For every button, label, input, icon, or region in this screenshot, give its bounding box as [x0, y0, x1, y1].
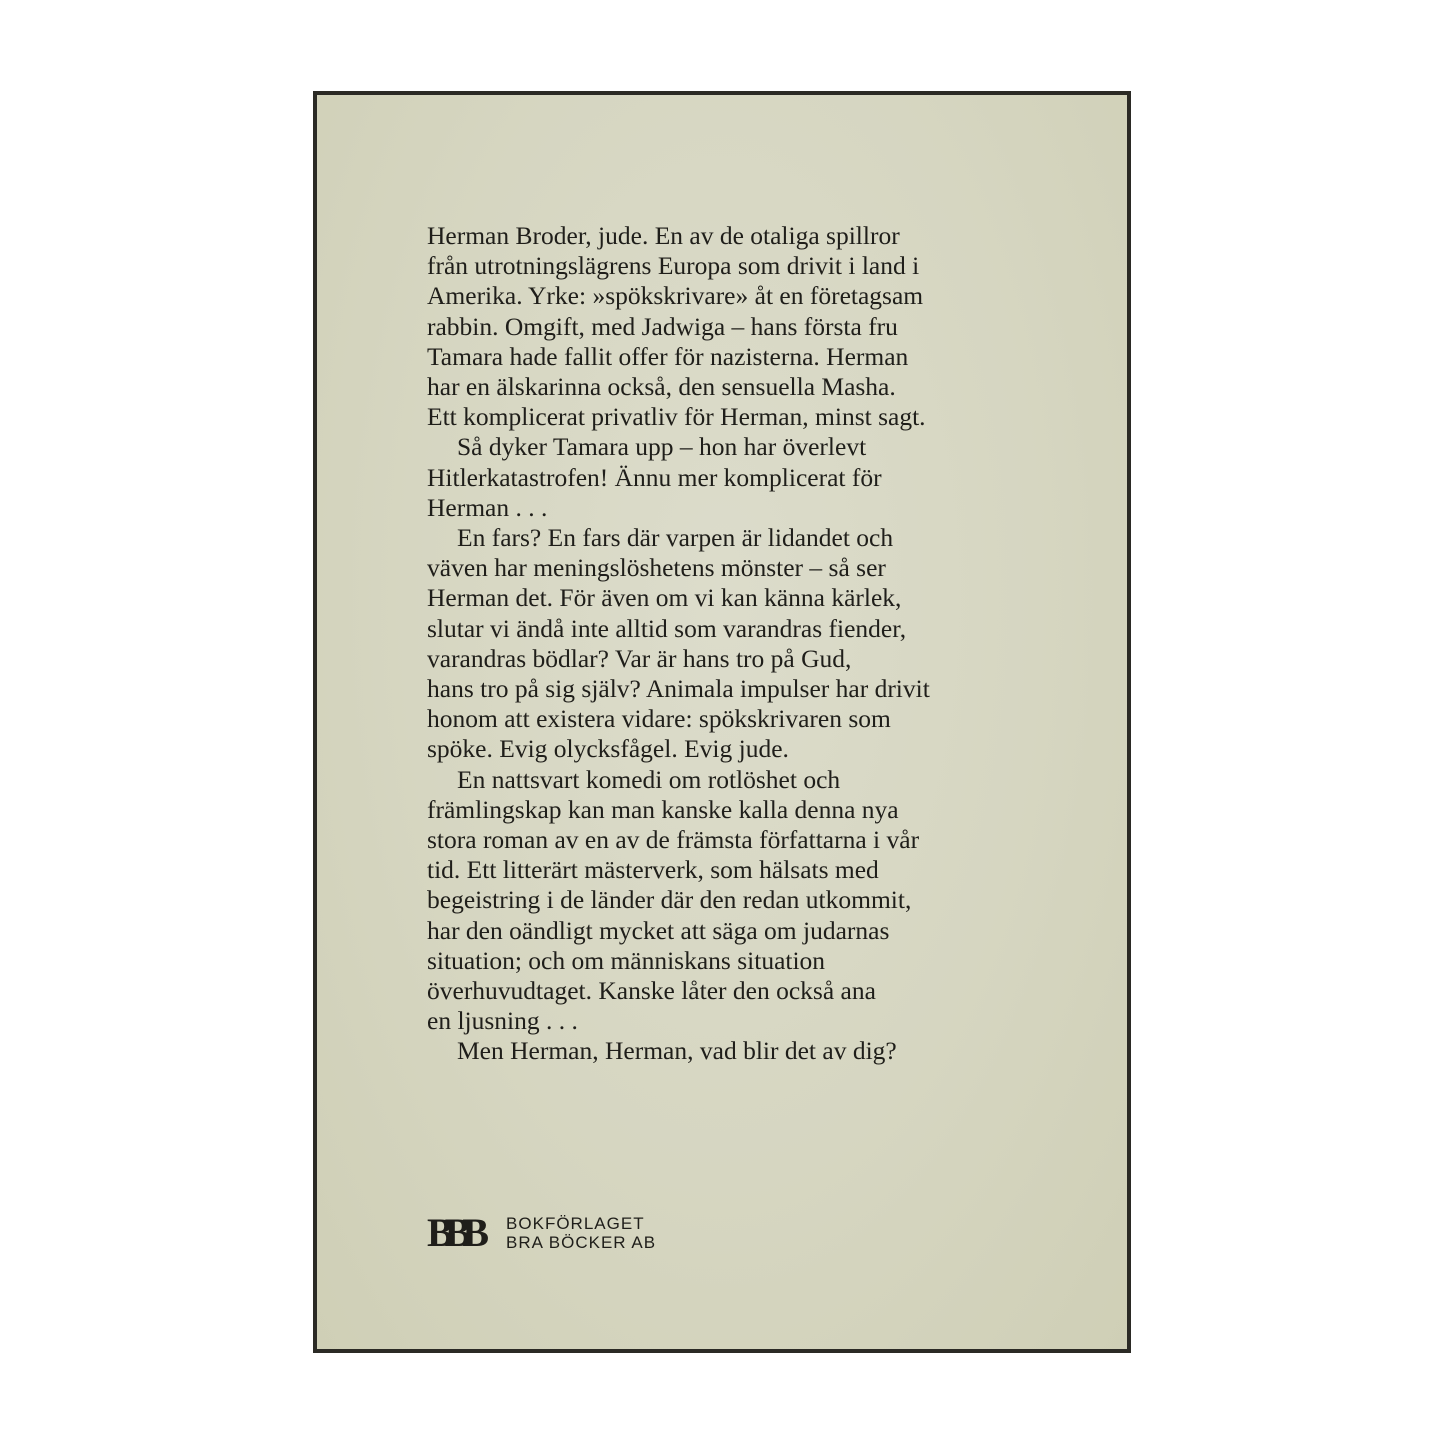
blurb-line: väven har meningslöshetens mönster – så …: [427, 553, 1047, 583]
blurb-line: begeistring i de länder där den redan ut…: [427, 885, 1047, 915]
blurb-line: en ljusning . . .: [427, 1006, 1047, 1036]
blurb-line: från utrotningslägrens Europa som drivit…: [427, 251, 1047, 281]
blurb-line: Tamara hade fallit offer för nazisterna.…: [427, 342, 1047, 372]
publisher-logo-icon: BBB: [427, 1213, 488, 1253]
blurb-line: spöke. Evig olycksfågel. Evig jude.: [427, 734, 1047, 764]
blurb-line: situation; och om människans situation: [427, 946, 1047, 976]
publisher-imprint: BBB BOKFÖRLAGET BRA BÖCKER AB: [427, 1213, 656, 1253]
blurb-line: stora roman av en av de främsta författa…: [427, 825, 1047, 855]
blurb-line: hans tro på sig själv? Animala impulser …: [427, 674, 1047, 704]
publisher-name: BOKFÖRLAGET BRA BÖCKER AB: [506, 1214, 656, 1252]
blurb-line: Men Herman, Herman, vad blir det av dig?: [427, 1036, 1047, 1066]
blurb-line: Herman det. För även om vi kan känna kär…: [427, 583, 1047, 613]
blurb-line: slutar vi ändå inte alltid som varandras…: [427, 614, 1047, 644]
blurb-line: honom att existera vidare: spökskrivaren…: [427, 704, 1047, 734]
blurb-line: Så dyker Tamara upp – hon har överlevt: [427, 432, 1047, 462]
blurb-line: En fars? En fars där varpen är lidandet …: [427, 523, 1047, 553]
blurb-line: tid. Ett litterärt mästerverk, som hälsa…: [427, 855, 1047, 885]
publisher-name-line-1: BOKFÖRLAGET: [506, 1214, 656, 1233]
blurb-line: Amerika. Yrke: »spökskrivare» åt en före…: [427, 281, 1047, 311]
blurb-line: En nattsvart komedi om rotlöshet och: [427, 765, 1047, 795]
blurb-line: Ett komplicerat privatliv för Herman, mi…: [427, 402, 1047, 432]
blurb-line: varandras bödlar? Var är hans tro på Gud…: [427, 644, 1047, 674]
book-back-cover: Herman Broder, jude. En av de otaliga sp…: [313, 91, 1131, 1353]
publisher-name-line-2: BRA BÖCKER AB: [506, 1233, 656, 1252]
blurb-line: Herman . . .: [427, 493, 1047, 523]
blurb-line: Hitlerkatastrofen! Ännu mer komplicerat …: [427, 463, 1047, 493]
blurb-line: har den oändligt mycket att säga om juda…: [427, 916, 1047, 946]
blurb-line: Herman Broder, jude. En av de otaliga sp…: [427, 221, 1047, 251]
blurb-line: överhuvudtaget. Kanske låter den också a…: [427, 976, 1047, 1006]
blurb-line: rabbin. Omgift, med Jadwiga – hans först…: [427, 312, 1047, 342]
blurb-line: har en älskarinna också, den sensuella M…: [427, 372, 1047, 402]
blurb-text: Herman Broder, jude. En av de otaliga sp…: [427, 221, 1047, 1067]
blurb-line: främlingskap kan man kanske kalla denna …: [427, 795, 1047, 825]
